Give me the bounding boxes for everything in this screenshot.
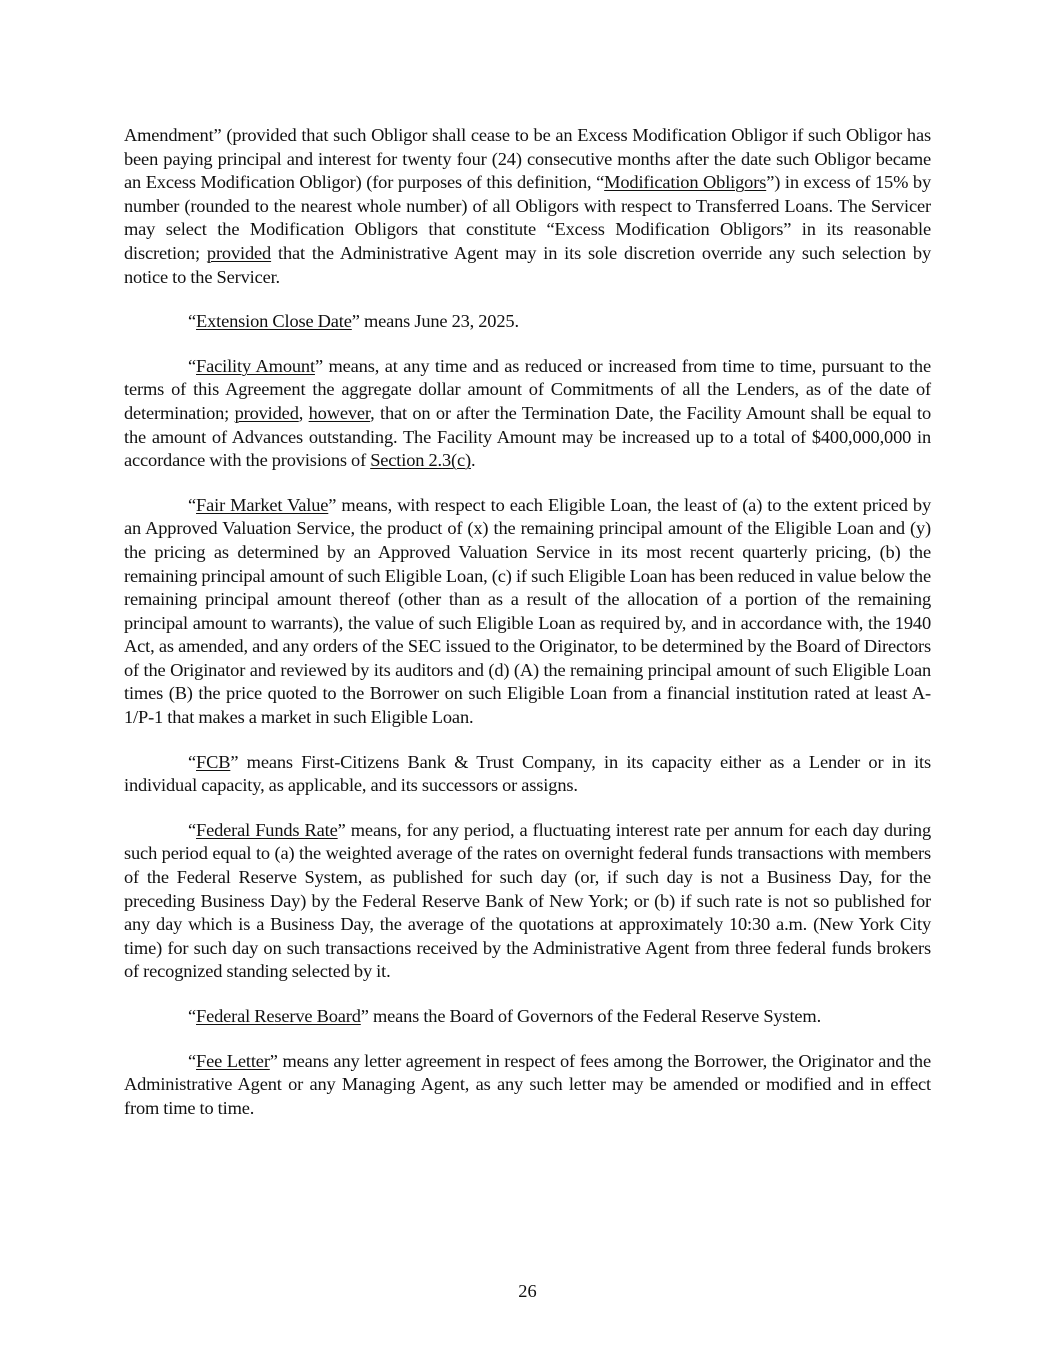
definition-fair-market-value: “Fair Market Value” means, with respect … (124, 494, 931, 730)
paragraph-excess-modification-continuation: Amendment” (provided that such Obligor s… (124, 124, 931, 289)
defined-term-fair-market-value: Fair Market Value (196, 495, 328, 515)
definition-fcb: “FCB” means First-Citizens Bank & Trust … (124, 751, 931, 798)
defined-term-modification-obligors: Modification Obligors (604, 172, 766, 192)
defined-term-fee-letter: Fee Letter (196, 1051, 270, 1071)
text-run: “ (188, 820, 196, 840)
defined-term-fcb: FCB (196, 752, 230, 772)
text-run: “ (188, 356, 196, 376)
page-number: 26 (0, 1280, 1055, 1303)
defined-term-federal-funds-rate: Federal Funds Rate (196, 820, 338, 840)
defined-term-facility-amount: Facility Amount (196, 356, 315, 376)
text-run: “ (188, 495, 196, 515)
definition-fee-letter: “Fee Letter” means any letter agreement … (124, 1050, 931, 1121)
document-page: Amendment” (provided that such Obligor s… (124, 124, 931, 1141)
defined-term-extension-close-date: Extension Close Date (196, 311, 352, 331)
text-run: “ (188, 311, 196, 331)
text-run: “ (188, 1006, 196, 1026)
text-run: ” means the Board of Governors of the Fe… (361, 1006, 821, 1026)
text-run: , (299, 403, 309, 423)
text-run: “ (188, 1051, 196, 1071)
text-run: ” means, with respect to each Eligible L… (124, 495, 931, 727)
defined-term-federal-reserve-board: Federal Reserve Board (196, 1006, 361, 1026)
definition-federal-funds-rate: “Federal Funds Rate” means, for any peri… (124, 819, 931, 984)
text-run: ” means June 23, 2025. (352, 311, 519, 331)
text-run: ” means First-Citizens Bank & Trust Comp… (124, 752, 931, 796)
text-run: ” means, for any period, a fluctuating i… (124, 820, 931, 982)
definition-facility-amount: “Facility Amount” means, at any time and… (124, 355, 931, 473)
definition-federal-reserve-board: “Federal Reserve Board” means the Board … (124, 1005, 931, 1029)
text-run: . (471, 450, 475, 470)
section-reference: Section 2.3(c) (370, 450, 471, 470)
emphasis-however: however (309, 403, 371, 423)
emphasis-provided: provided (207, 243, 271, 263)
emphasis-provided: provided (235, 403, 299, 423)
text-run: “ (188, 752, 196, 772)
definition-extension-close-date: “Extension Close Date” means June 23, 20… (124, 310, 931, 334)
